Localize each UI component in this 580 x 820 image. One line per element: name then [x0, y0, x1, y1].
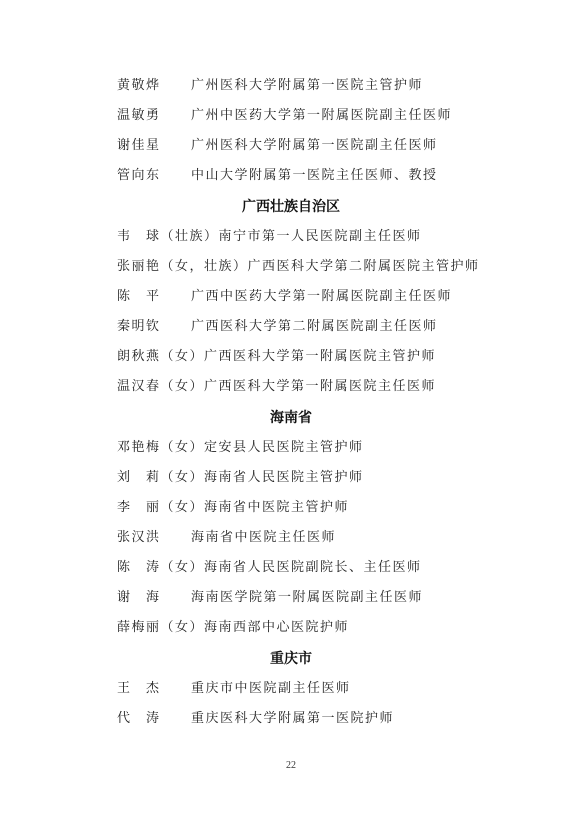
person-title: 重庆医科大学附属第一医院护师 — [191, 709, 394, 729]
person-title: 海南省中医院主管护师 — [204, 498, 349, 518]
person-title: 海南西部中心医院护师 — [204, 618, 349, 638]
person-title: 广西中医药大学第一附属医院副主任医师 — [191, 287, 452, 307]
person-title: 广西医科大学第二附属医院主管护师 — [248, 257, 480, 277]
person-title: 广州医科大学附属第一医院副主任医师 — [191, 136, 438, 156]
person-note: （女） — [161, 438, 205, 458]
person-name: 朗秋燕 — [117, 349, 161, 364]
list-item: 韦 球（壮族）南宁市第一人民医院副主任医师 — [117, 227, 422, 247]
person-note: （女） — [161, 498, 205, 518]
person-title: 定安县人民医院主管护师 — [204, 438, 364, 458]
list-item: 王 杰重庆市中医院副主任医师 — [117, 679, 351, 699]
person-title: 南宁市第一人民医院副主任医师 — [219, 227, 422, 247]
list-item: 温汉春（女）广西医科大学第一附属医院主任医师 — [117, 377, 436, 397]
person-name: 温敏勇 — [117, 106, 191, 126]
person-note: （女） — [161, 468, 205, 488]
person-title: 广西医科大学第一附属医院主任医师 — [204, 377, 436, 397]
person-title: 海南医学院第一附属医院副主任医师 — [191, 588, 423, 608]
list-item: 张汉洪海南省中医院主任医师 — [117, 528, 336, 548]
person-name: 王 杰 — [117, 679, 191, 699]
person-title: 海南省中医院主任医师 — [191, 528, 336, 548]
person-name: 薛梅丽 — [117, 620, 161, 635]
person-name: 秦明钦 — [117, 317, 191, 337]
page-number: 22 — [0, 760, 580, 771]
person-title: 广州医科大学附属第一医院主管护师 — [191, 76, 423, 96]
person-note: （女，壮族） — [161, 257, 248, 277]
list-item: 邓艳梅（女）定安县人民医院主管护师 — [117, 438, 364, 458]
person-name: 张汉洪 — [117, 528, 191, 548]
person-title: 广西医科大学第一附属医院主管护师 — [204, 347, 436, 367]
list-item: 谢 海海南医学院第一附属医院副主任医师 — [117, 588, 423, 608]
person-note: （女） — [161, 377, 205, 397]
person-name: 李 丽 — [117, 500, 161, 515]
person-name: 邓艳梅 — [117, 440, 161, 455]
list-item: 张丽艳（女，壮族）广西医科大学第二附属医院主管护师 — [117, 257, 480, 277]
list-item: 温敏勇广州中医药大学第一附属医院副主任医师 — [117, 106, 452, 126]
section-heading: 重庆市 — [0, 649, 580, 669]
person-name: 韦 球 — [117, 229, 161, 244]
person-name: 代 涛 — [117, 709, 191, 729]
person-note: （女） — [161, 618, 205, 638]
person-title: 重庆市中医院副主任医师 — [191, 679, 351, 699]
person-note: （壮族） — [161, 227, 219, 247]
list-item: 陈 涛（女）海南省人民医院副院长、主任医师 — [117, 558, 422, 578]
list-item: 薛梅丽（女）海南西部中心医院护师 — [117, 618, 349, 638]
person-name: 张丽艳 — [117, 259, 161, 274]
person-name: 刘 莉 — [117, 470, 161, 485]
list-item: 刘 莉（女）海南省人民医院主管护师 — [117, 468, 364, 488]
person-title: 中山大学附属第一医院主任医师、教授 — [191, 166, 438, 186]
list-item: 秦明钦广西医科大学第二附属医院副主任医师 — [117, 317, 438, 337]
person-title: 海南省人民医院主管护师 — [204, 468, 364, 488]
document-page: 黄敬烨广州医科大学附属第一医院主管护师 温敏勇广州中医药大学第一附属医院副主任医… — [0, 0, 580, 820]
person-name: 谢 海 — [117, 588, 191, 608]
person-note: （女） — [161, 558, 205, 578]
person-note: （女） — [161, 347, 205, 367]
section-heading: 海南省 — [0, 408, 580, 428]
section-heading: 广西壮族自治区 — [0, 197, 580, 217]
list-item: 黄敬烨广州医科大学附属第一医院主管护师 — [117, 76, 423, 96]
person-name: 陈 平 — [117, 287, 191, 307]
person-name: 黄敬烨 — [117, 76, 191, 96]
person-title: 广州中医药大学第一附属医院副主任医师 — [191, 106, 452, 126]
list-item: 管向东中山大学附属第一医院主任医师、教授 — [117, 166, 438, 186]
person-title: 广西医科大学第二附属医院副主任医师 — [191, 317, 438, 337]
person-name: 温汉春 — [117, 379, 161, 394]
list-item: 谢佳星广州医科大学附属第一医院副主任医师 — [117, 136, 438, 156]
person-name: 管向东 — [117, 166, 191, 186]
list-item: 李 丽（女）海南省中医院主管护师 — [117, 498, 349, 518]
person-name: 陈 涛 — [117, 560, 161, 575]
list-item: 代 涛重庆医科大学附属第一医院护师 — [117, 709, 394, 729]
list-item: 陈 平广西中医药大学第一附属医院副主任医师 — [117, 287, 452, 307]
person-name: 谢佳星 — [117, 136, 191, 156]
list-item: 朗秋燕（女）广西医科大学第一附属医院主管护师 — [117, 347, 436, 367]
person-title: 海南省人民医院副院长、主任医师 — [204, 558, 422, 578]
